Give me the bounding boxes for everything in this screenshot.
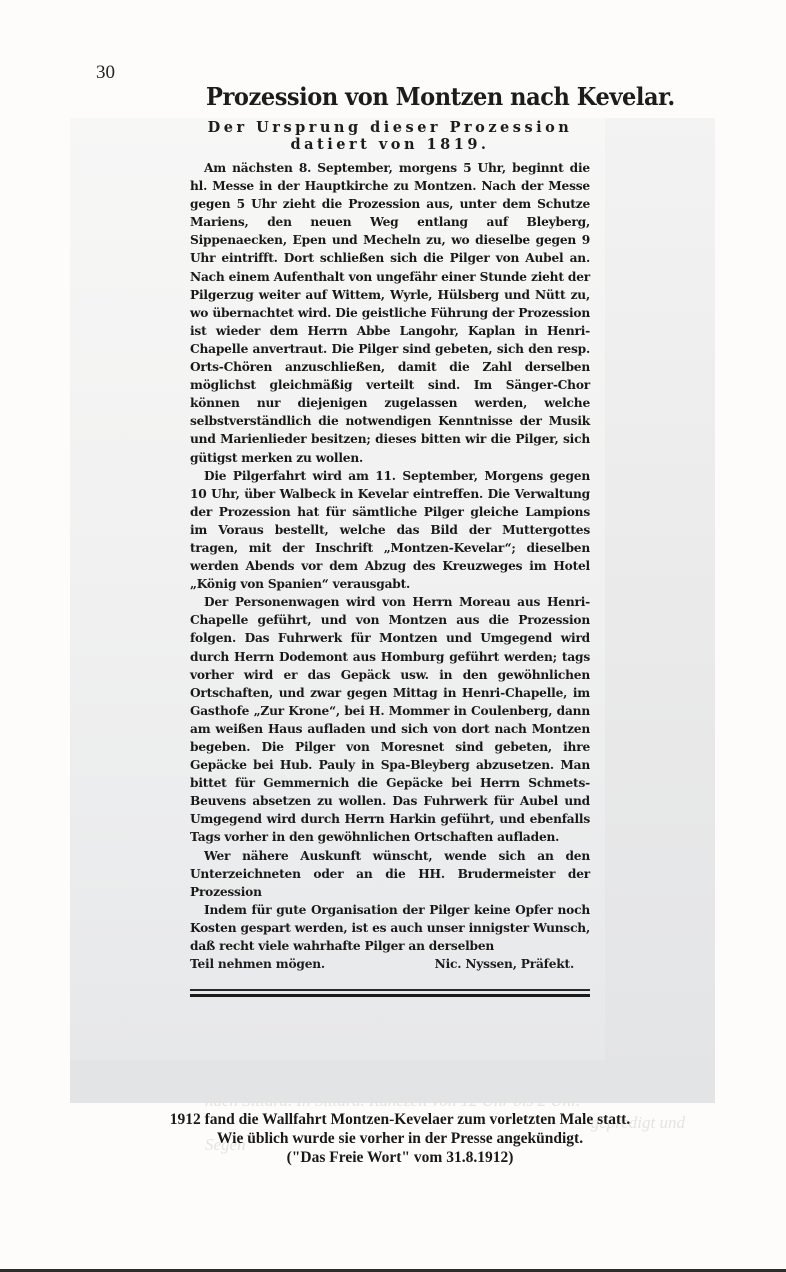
background-photo-band	[605, 118, 715, 1103]
page-number: 30	[96, 62, 115, 84]
subhead-line: datiert von 1819.	[190, 136, 590, 153]
signature-line: Teil nehmen mögen. Nic. Nyssen, Präfekt.	[190, 955, 590, 973]
subhead-line: Der Ursprung dieser Prozession	[190, 119, 590, 136]
signature: Nic. Nyssen, Präfekt.	[435, 955, 590, 973]
article-body: Am nächsten 8. September, morgens 5 Uhr,…	[190, 159, 590, 955]
figure-caption: 1912 fand die Wallfahrt Montzen-Kevelaer…	[120, 1110, 680, 1167]
closing-text: Teil nehmen mögen.	[190, 955, 325, 973]
caption-line: Wie üblich wurde sie vorher in der Press…	[120, 1129, 680, 1148]
article-headline: Prozession von Montzen nach Kevelar.	[206, 82, 574, 111]
article-paragraph: Indem für gute Organisation der Pilger k…	[190, 901, 590, 955]
caption-line: ("Das Freie Wort" vom 31.8.1912)	[120, 1148, 680, 1167]
article-paragraph: Am nächsten 8. September, morgens 5 Uhr,…	[190, 159, 590, 467]
article-paragraph: Der Personenwagen wird von Herrn Moreau …	[190, 593, 590, 846]
newspaper-clipping: Prozession von Montzen nach Kevelar. Der…	[190, 82, 590, 997]
article-subhead: Der Ursprung dieser Prozession datiert v…	[190, 119, 590, 153]
article-paragraph: Die Pilgerfahrt wird am 11. September, M…	[190, 467, 590, 594]
divider-rule	[190, 989, 590, 991]
divider-rule	[190, 994, 590, 997]
caption-line: 1912 fand die Wallfahrt Montzen-Kevelaer…	[120, 1110, 680, 1129]
background-photo-bottom	[70, 1060, 715, 1103]
article-paragraph: Wer nähere Auskunft wünscht, wende sich …	[190, 847, 590, 901]
